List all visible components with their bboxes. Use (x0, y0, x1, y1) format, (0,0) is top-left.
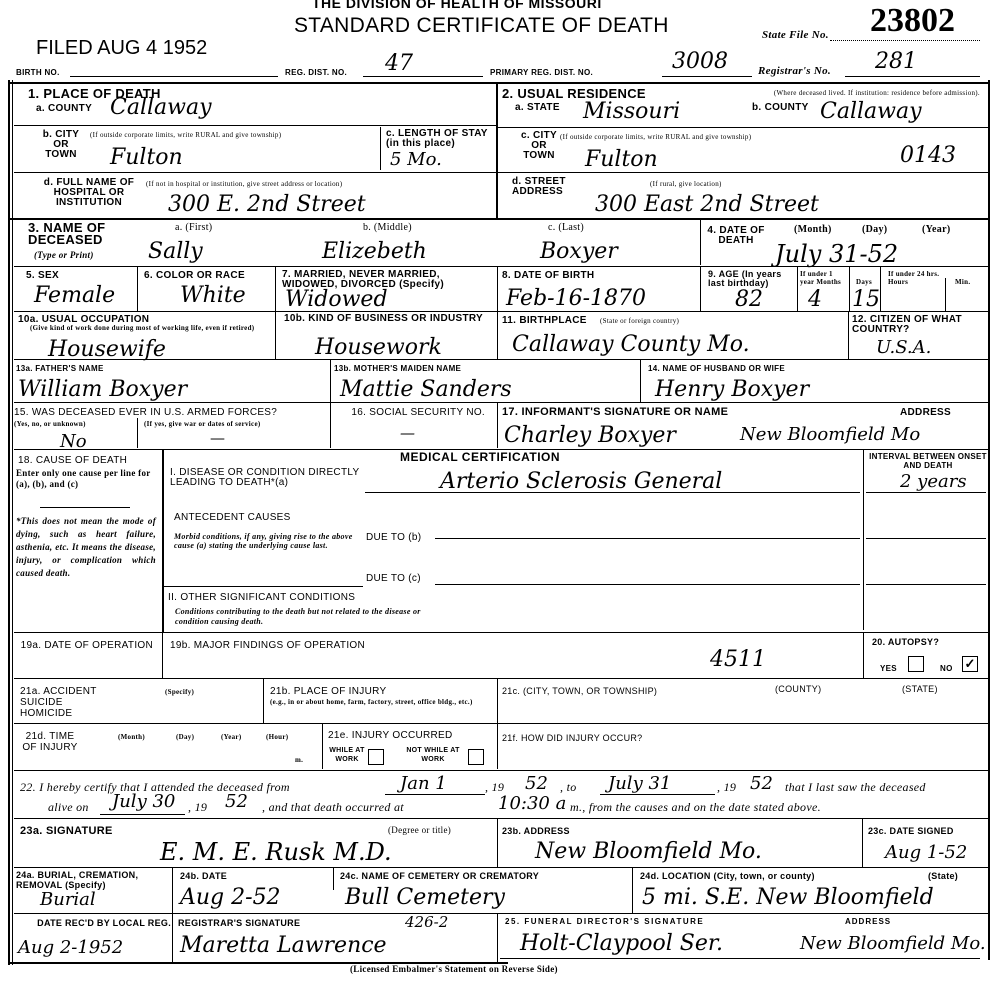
burial-state-label: (State) (928, 871, 958, 882)
rule (14, 770, 988, 771)
other-conditions-label: II. OTHER SIGNIFICANT CONDITIONS (168, 592, 355, 603)
death-time-value: 10:30 a (498, 794, 566, 814)
rule (849, 267, 850, 311)
min-label: Min. (955, 278, 970, 286)
rule (848, 312, 849, 359)
rule (137, 418, 138, 448)
operation-date-label: 19a. DATE OF OPERATION (18, 640, 153, 652)
business-label: 10b. KIND OF BUSINESS OR INDUSTRY (284, 314, 489, 324)
date-received-value: Aug 2-1952 (18, 938, 123, 958)
burial-date-value: Aug 2-52 (180, 886, 281, 910)
certify-text-1b: , 19 (485, 782, 504, 792)
days-label: Days (856, 278, 872, 286)
due-to-c-line (435, 584, 860, 585)
funeral-director-value: Holt-Claypool Ser. (520, 932, 723, 956)
divider-1-2 (496, 84, 498, 218)
rule (322, 724, 323, 769)
rule (333, 868, 334, 890)
rule (866, 584, 986, 585)
operation-findings-value: 4511 (710, 648, 766, 672)
marital-value: Widowed (285, 288, 388, 312)
interval-label: INTERVAL BETWEEN ONSET AND DEATH (868, 452, 988, 470)
autopsy-no-label: NO (940, 664, 953, 673)
deceased-name-label: 3. NAME OF DECEASED (28, 222, 138, 246)
birth-no-line (70, 76, 278, 77)
how-injury-label: 21f. HOW DID INJURY OCCUR? (502, 733, 643, 744)
certify-text-2d: m., from the causes and on the date stat… (570, 802, 821, 812)
last-name-value: Boxyer (540, 240, 618, 264)
ssn-value: — (400, 425, 415, 441)
rule (14, 359, 988, 360)
certify-text-2c: , and that death occurred at (262, 802, 404, 812)
dob-value: Feb-16-1870 (506, 287, 646, 311)
certify-text-2: alive on (48, 802, 89, 812)
informant-label: 17. INFORMANT'S SIGNATURE OR NAME (502, 407, 728, 418)
autopsy-label: 20. AUTOPSY? (872, 638, 939, 647)
burial-date-label: 24b. DATE (180, 871, 227, 882)
interval-a-value: 2 years (900, 472, 967, 492)
res-street-label: d. STREET ADDRESS (512, 177, 582, 197)
condition-a-value: Arterio Sclerosis General (440, 470, 722, 494)
rule (945, 278, 946, 311)
father-label: 13a. FATHER'S NAME (16, 364, 104, 373)
day-label: (Day) (862, 226, 887, 234)
certify-text-1e: that I last saw the deceased (785, 782, 926, 792)
due-to-b-line (435, 538, 860, 539)
rule (600, 794, 715, 795)
race-label: 6. COLOR OR RACE (144, 270, 245, 281)
first-name-value: Sally (148, 240, 203, 264)
time-of-injury-label: 21d. TIME OF INJURY (20, 731, 80, 753)
autopsy-yes-checkbox[interactable] (908, 656, 924, 672)
year-label: (Year) (922, 226, 950, 234)
citizen-label: 12. CITIZEN OF WHAT COUNTRY? (852, 315, 987, 335)
rule (863, 450, 864, 630)
frame-right (988, 80, 990, 960)
state-file-underline (830, 40, 980, 41)
signature-label: 23a. SIGNATURE (20, 826, 113, 837)
frame-left-inner (12, 80, 13, 965)
ssn-label: 16. SOCIAL SECURITY NO. (340, 407, 485, 418)
certify-text-2b: , 19 (188, 802, 207, 812)
to-year-value: 52 (750, 774, 773, 794)
rule (866, 492, 986, 493)
accident-label: 21a. ACCIDENT SUICIDE HOMICIDE (20, 686, 110, 719)
rule (172, 914, 173, 962)
stay-label: c. LENGTH OF STAY (in this place) (386, 129, 491, 149)
accident-specify: (Specify) (165, 688, 194, 696)
rule (497, 914, 498, 962)
citizen-value: U.S.A. (876, 338, 931, 358)
attended-from-value: Jan 1 (400, 774, 447, 794)
place-of-injury-label: 21b. PLACE OF INJURY (270, 686, 386, 697)
cemetery-label: 24c. NAME OF CEMETERY OR CREMATORY (340, 871, 539, 882)
funeral-director-label: 25. FUNERAL DIRECTOR'S SIGNATURE (505, 917, 704, 926)
armed-forces-note-yesno: (Yes, no, or unknown) (14, 420, 86, 428)
state-file-number: 23802 (870, 2, 955, 40)
res-city-label: c. CITY OR TOWN (514, 131, 564, 161)
physician-address-label: 23b. ADDRESS (502, 826, 570, 837)
res-city-value: Fulton (585, 148, 658, 172)
spouse-label: 14. NAME OF HUSBAND OR WIFE (648, 364, 785, 373)
hospital-note: (If not in hospital or institution, give… (146, 180, 342, 188)
rule (380, 127, 381, 170)
other-conditions-note: Conditions contributing to the death but… (175, 607, 435, 627)
injury-occurred-label: 21e. INJURY OCCURRED (328, 730, 453, 741)
rule (100, 814, 185, 815)
last-label: c. (Last) (548, 224, 584, 232)
rule (14, 172, 496, 173)
certify-text-1d: , 19 (717, 782, 736, 792)
registrar-no-label: Registrar's No. (758, 66, 831, 76)
rule (14, 125, 496, 126)
while-at-work-label: WHILE AT WORK (328, 746, 366, 764)
hospital-label: d. FULL NAME OF HOSPITAL OR INSTITUTION (34, 178, 144, 208)
rule (385, 794, 485, 795)
injury-state-label: (STATE) (902, 684, 938, 695)
date-signed-label: 23c. DATE SIGNED (868, 826, 954, 837)
father-value: William Boxyer (18, 378, 187, 402)
res-city-code: 0143 (900, 144, 956, 168)
rule (14, 266, 988, 267)
funeral-director-address-label: ADDRESS (845, 917, 891, 926)
registrar-line (845, 76, 980, 77)
rule (365, 492, 860, 493)
reg-dist-label: REG. DIST. NO. (285, 68, 347, 77)
rule (14, 913, 988, 914)
rule (632, 868, 633, 913)
sex-label: 5. SEX (26, 270, 59, 281)
rule (640, 360, 641, 402)
birthplace-value: Callaway County Mo. (512, 333, 750, 357)
rule (700, 267, 701, 311)
days-value: 15 (852, 288, 880, 312)
type-or-print-note: (Type or Print) (34, 250, 94, 260)
res-county-value: Callaway (820, 100, 922, 124)
primary-reg-dist-label: PRIMARY REG. DIST. NO. (490, 68, 593, 77)
hours-label: If under 24 hrs. Hours (888, 270, 958, 286)
death-county-value: Callaway (110, 96, 212, 120)
antecedent-label: ANTECEDENT CAUSES (174, 512, 291, 523)
rule (497, 267, 498, 311)
rule (700, 220, 701, 265)
autopsy-yes-label: YES (880, 664, 897, 673)
cemetery-value: Bull Cemetery (345, 886, 505, 910)
stay-value: 5 Mo. (390, 150, 442, 170)
from-year-value: 52 (525, 774, 548, 794)
spouse-value: Henry Boxyer (655, 378, 809, 402)
due-to-b-label: DUE TO (b) (366, 532, 421, 543)
frame-left (8, 80, 10, 965)
rule (497, 679, 498, 723)
armed-forces-label: 15. WAS DECEASED EVER IN U.S. ARMED FORC… (14, 407, 277, 418)
rule (14, 723, 988, 724)
middle-name-value: Elizebeth (322, 240, 427, 264)
date-signed-value: Aug 1-52 (885, 843, 967, 863)
rule (275, 312, 276, 359)
date-received-label: DATE REC'D BY LOCAL REG. (16, 918, 171, 929)
business-value: Housework (315, 336, 442, 360)
res-state-value: Missouri (583, 100, 680, 124)
months-value: 4 (808, 288, 822, 312)
injury-m-label: m. (295, 756, 303, 764)
res-city-note: (If outside corporate limits, write RURA… (560, 133, 751, 141)
physician-address-value: New Bloomfield Mo. (535, 840, 762, 864)
first-label: a. (First) (175, 224, 212, 232)
months-label: If under 1 year Months (800, 270, 848, 286)
not-while-at-work-label: NOT WHILE AT WORK (400, 746, 466, 764)
reg-dist-line (363, 76, 483, 77)
reg-dist-number: 47 (385, 52, 413, 76)
burial-location-value: 5 mi. S.E. New Bloomfield (642, 886, 934, 910)
operation-findings-label: 19b. MAJOR FINDINGS OF OPERATION (170, 640, 365, 651)
res-county-label: b. COUNTY (752, 102, 809, 113)
while-at-work-checkbox[interactable] (368, 749, 384, 765)
disposition-label: 24a. BURIAL, CREMATION, REMOVAL (Specify… (16, 870, 171, 890)
rule (14, 818, 988, 819)
county-label: a. COUNTY (36, 103, 92, 114)
rule (866, 538, 986, 539)
rule (797, 267, 798, 311)
death-city-value: Fulton (110, 146, 183, 170)
certify-text-1c: , to (560, 782, 577, 792)
cause-footnote: *This does not mean the mode of dying, s… (16, 515, 156, 580)
registrar-signature-label: REGISTRAR'S SIGNATURE (178, 918, 300, 929)
cause-of-death-label: 18. CAUSE OF DEATH (18, 455, 127, 466)
attended-to-value: July 31 (608, 774, 671, 794)
rule (8, 218, 990, 220)
middle-label: b. (Middle) (363, 224, 412, 232)
rule (275, 267, 276, 311)
informant-value: Charley Boxyer (504, 424, 676, 448)
city-note: (If outside corporate limits, write RURA… (90, 131, 370, 139)
certificate-title: STANDARD CERTIFICATE OF DEATH (294, 14, 669, 38)
registrar-signature-value: Maretta Lawrence (180, 934, 387, 958)
rule (880, 267, 881, 311)
dob-label: 8. DATE OF BIRTH (502, 270, 594, 281)
rule (498, 172, 988, 173)
rule (163, 586, 363, 587)
injury-hour-label: (Hour) (266, 733, 288, 741)
autopsy-no-checkbox[interactable]: ✓ (962, 656, 978, 672)
place-of-injury-note: (e.g., in or about home, farm, factory, … (270, 698, 495, 706)
not-while-at-work-checkbox[interactable] (468, 749, 484, 765)
occupation-note: (Give kind of work done during most of w… (30, 324, 270, 332)
physician-signature-value: E. M. E. Rusk M.D. (160, 840, 392, 864)
injury-county-label: (COUNTY) (775, 684, 821, 695)
rule (172, 868, 173, 913)
injury-month-label: (Month) (118, 733, 145, 741)
footer-note: (Licensed Embalmer's Statement on Revers… (350, 964, 558, 975)
last-seen-year-value: 52 (225, 792, 248, 812)
rule (14, 678, 988, 679)
mother-label: 13b. MOTHER'S MAIDEN NAME (334, 364, 461, 373)
birthplace-label: 11. BIRTHPLACE (502, 315, 587, 326)
age-value: 82 (735, 288, 763, 312)
rule (498, 127, 988, 128)
rule (500, 958, 980, 959)
rule (497, 724, 498, 769)
condition-label: I. DISEASE OR CONDITION DIRECTLY LEADING… (170, 468, 370, 488)
informant-address-label: ADDRESS (900, 407, 951, 418)
city-label: b. CITY OR TOWN (36, 130, 86, 160)
rule (330, 360, 331, 402)
rule (14, 311, 988, 312)
rule (497, 819, 498, 867)
rule (14, 402, 988, 403)
primary-reg-line (662, 76, 752, 77)
registrar-number: 281 (875, 50, 917, 74)
rule (330, 403, 331, 448)
rule (862, 819, 863, 867)
cause-note: Enter only one cause per line for (a), (… (16, 468, 156, 490)
rule (137, 267, 138, 311)
injury-location-label: 21c. (CITY, TOWN, OR TOWNSHIP) (502, 686, 657, 697)
informant-address-value: New Bloomfield Mo (740, 425, 920, 445)
rule (40, 507, 130, 508)
rule (863, 633, 864, 678)
funeral-director-address-value: New Bloomfield Mo. (800, 934, 986, 954)
injury-day-label: (Day) (176, 733, 194, 741)
armed-forces-service-value: — (210, 430, 225, 446)
rule (497, 312, 498, 359)
birthplace-note: (State or foreign country) (600, 317, 679, 325)
rule (14, 632, 988, 633)
rule (162, 450, 164, 632)
rule (497, 403, 498, 448)
last-seen-value: July 30 (112, 792, 175, 812)
date-of-death-value: July 31-52 (775, 242, 898, 266)
date-of-death-label: 4. DATE OF DEATH (706, 226, 766, 246)
res-street-value: 300 East 2nd Street (595, 193, 819, 217)
antecedent-note: Morbid conditions, if any, giving rise t… (174, 532, 364, 550)
degree-label: (Degree or title) (388, 826, 451, 834)
hospital-value: 300 E. 2nd Street (168, 193, 366, 217)
res-state-label: a. STATE (515, 102, 560, 113)
month-label: (Month) (794, 226, 832, 234)
rule (162, 633, 163, 678)
due-to-c-label: DUE TO (c) (366, 573, 421, 584)
frame-top (8, 82, 990, 84)
age-label: 9. AGE (In years last birthday) (708, 270, 788, 288)
filed-stamp: FILED AUG 4 1952 (36, 38, 207, 58)
usual-residence-note: (Where deceased lived. If institution: r… (660, 89, 980, 97)
burial-location-label: 24d. LOCATION (City, town, or county) (640, 871, 815, 882)
race-value: White (180, 284, 246, 308)
agency-title: THE DIVISION OF HEALTH OF MISSOURI (312, 0, 602, 11)
primary-reg-dist-number: 3008 (672, 50, 728, 74)
mother-value: Mattie Sanders (340, 378, 512, 402)
injury-year-label: (Year) (221, 733, 241, 741)
res-street-note: (If rural, give location) (650, 180, 722, 188)
medical-certification-title: MEDICAL CERTIFICATION (400, 452, 560, 463)
disposition-value: Burial (40, 890, 96, 910)
state-file-label: State File No. (762, 30, 829, 40)
armed-forces-note-war: (If yes, give war or dates of service) (144, 420, 261, 428)
usual-residence-title: 2. USUAL RESIDENCE (502, 88, 646, 99)
rule (14, 867, 988, 868)
rule (263, 679, 264, 723)
birth-no-label: BIRTH NO. (16, 68, 60, 77)
sex-value: Female (34, 284, 115, 308)
registrar-code-value: 426-2 (405, 914, 448, 930)
